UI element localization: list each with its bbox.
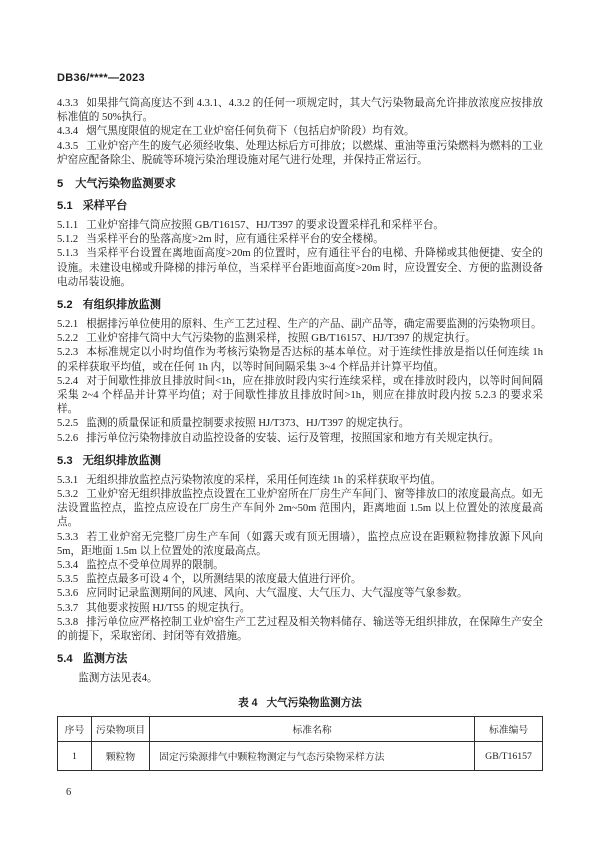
heading-number: 5: [57, 178, 63, 190]
clause-text: 当采样平台的坠落高度>2m 时，应有通往采样平台的安全楼梯。: [86, 234, 384, 245]
clause-5-1-3: 5.1.3当采样平台设置在离地面高度>20m 的位置时，应有通往平台的电梯、升降…: [57, 247, 543, 290]
clause-number: 5.2.6: [57, 433, 78, 444]
clause-number: 5.1.2: [57, 234, 78, 245]
clause-4-3-5: 4.3.5工业炉窑产生的废气必须经收集、处理达标后方可排放；以燃煤、重油等重污染…: [57, 140, 543, 168]
clause-text: 应同时记录监测期间的风速、风向、大气温度、大气压力、大气湿度等气象参数。: [86, 588, 467, 599]
heading-5-4: 5.4监测方法: [57, 652, 543, 666]
clause-text: 对于间歇性排放且排放时间<1h，应在排放时段内实行连续采样，或在排放时段内，以等…: [57, 376, 543, 415]
clause-4-3-4: 4.3.4烟气黑度限值的规定在工业炉窑任何负荷下（包括启炉阶段）均有效。: [57, 125, 543, 139]
clause-number: 4.3.4: [57, 126, 78, 137]
clause-5-2-5: 5.2.5监测的质量保证和质量控制要求按照 HJ/T373、HJ/T397 的规…: [57, 417, 543, 431]
heading-number: 5.3: [57, 455, 73, 467]
cell-serial: 1: [58, 742, 92, 771]
heading-5-1: 5.1采样平台: [57, 199, 543, 213]
clause-number: 5.3.1: [57, 475, 78, 486]
clause-4-3-3: 4.3.3如果排气筒高度达不到 4.3.1、4.3.2 的任何一项规定时，其大气…: [57, 97, 543, 125]
clause-5-1-2: 5.1.2当采样平台的坠落高度>2m 时，应有通往采样平台的安全楼梯。: [57, 233, 543, 247]
document-page: DB36/****—2023 4.3.3如果排气筒高度达不到 4.3.1、4.3…: [0, 0, 600, 848]
clause-5-3-1: 5.3.1无组织排放监控点污染物浓度的采样，采用任何连续 1h 的采样获取平均值…: [57, 474, 543, 488]
table-4-caption: 表 4大气污染物监测方法: [57, 695, 543, 710]
clause-number: 5.2.4: [57, 376, 78, 387]
clause-text: 烟气黑度限值的规定在工业炉窑任何负荷下（包括启炉阶段）均有效。: [86, 126, 414, 137]
clause-5-3-4: 5.3.4监控点不受单位周界的限制。: [57, 559, 543, 573]
clause-text: 当采样平台设置在离地面高度>20m 的位置时，应有通往平台的电梯、升降梯或其他便…: [57, 248, 543, 287]
clause-text: 其他要求按照 HJ/T55 的规定执行。: [86, 603, 250, 614]
clause-5-1-1: 5.1.1工业炉窑排气筒应按照 GB/T16157、HJ/T397 的要求设置采…: [57, 219, 543, 233]
clause-5-2-3: 5.2.3本标准规定以小时均值作为考核污染物是否达标的基本单位。对于连续性排放是…: [57, 346, 543, 374]
clause-text: 排污单位污染物排放自动监控设备的安装、运行及管理，按照国家和地方有关规定执行。: [86, 433, 499, 444]
clause-number: 5.1.3: [57, 248, 78, 259]
heading-text: 大气污染物监测要求: [75, 178, 176, 190]
cell-standard-code: GB/T16157: [475, 742, 543, 771]
heading-number: 5.4: [57, 653, 73, 665]
clause-text: 工业炉窑无组织排放监控点设置在工业炉窑所在厂房生产车间门、窗等排放口的浓度最高点…: [57, 489, 543, 528]
col-header-standard-code: 标准编号: [475, 717, 543, 742]
clause-text: 监测的质量保证和质量控制要求按照 HJ/T373、HJ/T397 的规定执行。: [86, 418, 409, 429]
clause-number: 5.3.6: [57, 588, 78, 599]
clause-text: 工业炉窑排气筒中大气污染物的监测采样，按照 GB/T16157、HJ/T397 …: [86, 333, 476, 344]
table-caption-number: 表 4: [238, 697, 257, 709]
clause-text: 如果排气筒高度达不到 4.3.1、4.3.2 的任何一项规定时，其大气污染物最高…: [57, 98, 543, 123]
clause-number: 5.2.3: [57, 347, 78, 358]
clause-number: 5.2.1: [57, 319, 78, 330]
clause-text: 工业炉窑排气筒应按照 GB/T16157、HJ/T397 的要求设置采样孔和采样…: [86, 220, 444, 231]
clause-text: 工业炉窑产生的废气必须经收集、处理达标后方可排放；以燃煤、重油等重污染燃料为燃料…: [57, 141, 543, 166]
clause-5-2-6: 5.2.6排污单位污染物排放自动监控设备的安装、运行及管理，按照国家和地方有关规…: [57, 432, 543, 446]
heading-text: 无组织排放监测: [83, 455, 161, 467]
clause-number: 5.2.5: [57, 418, 78, 429]
page-number: 6: [66, 787, 71, 798]
clause-number: 4.3.3: [57, 98, 78, 109]
clause-text: 本标准规定以小时均值作为考核污染物是否达标的基本单位。对于连续性排放是指以任何连…: [57, 347, 543, 372]
clause-number: 5.3.7: [57, 603, 78, 614]
table-row: 1 颗粒物 固定污染源排气中颗粒物测定与气态污染物采样方法 GB/T16157: [58, 742, 543, 771]
heading-text: 监测方法: [83, 653, 128, 665]
clause-text: 无组织排放监控点污染物浓度的采样，采用任何连续 1h 的采样获取平均值。: [86, 475, 441, 486]
col-header-pollutant: 污染物项目: [91, 717, 149, 742]
clause-number: 5.3.3: [57, 532, 78, 543]
col-header-serial: 序号: [58, 717, 92, 742]
clause-5-3-8: 5.3.8排污单位应严格控制工业炉窑生产工艺过程及相关物料储存、输送等无组织排放…: [57, 616, 543, 644]
clause-number: 5.3.8: [57, 617, 78, 628]
clause-5-2-1: 5.2.1根据排污单位使用的原料、生产工艺过程、生产的产品、副产品等，确定需要监…: [57, 318, 543, 332]
heading-number: 5.1: [57, 200, 73, 212]
clause-5-3-3: 5.3.3若工业炉窑无完整厂房生产车间（如露天或有顶无围墙），监控点应设在距颗粒…: [57, 531, 543, 559]
clause-number: 5.3.2: [57, 489, 78, 500]
table-4-monitoring-methods: 序号 污染物项目 标准名称 标准编号 1 颗粒物 固定污染源排气中颗粒物测定与气…: [57, 716, 543, 771]
clause-number: 4.3.5: [57, 141, 78, 152]
clause-5-3-2: 5.3.2工业炉窑无组织排放监控点设置在工业炉窑所在厂房生产车间门、窗等排放口的…: [57, 488, 543, 531]
clause-text: 排污单位应严格控制工业炉窑生产工艺过程及相关物料储存、输送等无组织排放，在保障生…: [57, 617, 543, 642]
table-header-row: 序号 污染物项目 标准名称 标准编号: [58, 717, 543, 742]
cell-standard-name: 固定污染源排气中颗粒物测定与气态污染物采样方法: [150, 742, 475, 771]
heading-5: 5大气污染物监测要求: [57, 177, 543, 191]
clause-5-3-5: 5.3.5监控点最多可设 4 个，以所测结果的浓度最大值进行评价。: [57, 573, 543, 587]
cell-pollutant: 颗粒物: [91, 742, 149, 771]
heading-text: 采样平台: [83, 200, 128, 212]
clause-5-2-4: 5.2.4对于间歇性排放且排放时间<1h，应在排放时段内实行连续采样，或在排放时…: [57, 375, 543, 418]
clause-number: 5.3.4: [57, 560, 78, 571]
clause-number: 5.1.1: [57, 220, 78, 231]
heading-number: 5.2: [57, 299, 73, 311]
heading-5-3: 5.3无组织排放监测: [57, 454, 543, 468]
clause-number: 5.3.5: [57, 574, 78, 585]
table-reference-note: 监测方法见表4。: [57, 672, 543, 686]
table-caption-title: 大气污染物监测方法: [267, 697, 362, 709]
clause-5-3-6: 5.3.6应同时记录监测期间的风速、风向、大气温度、大气压力、大气湿度等气象参数…: [57, 587, 543, 601]
clause-5-2-2: 5.2.2工业炉窑排气筒中大气污染物的监测采样，按照 GB/T16157、HJ/…: [57, 332, 543, 346]
heading-text: 有组织排放监测: [83, 299, 161, 311]
clause-text: 监控点最多可设 4 个，以所测结果的浓度最大值进行评价。: [86, 574, 361, 585]
clause-text: 若工业炉窑无完整厂房生产车间（如露天或有顶无围墙），监控点应设在距颗粒物排放源下…: [57, 532, 543, 557]
document-code: DB36/****—2023: [57, 72, 543, 84]
clause-5-3-7: 5.3.7其他要求按照 HJ/T55 的规定执行。: [57, 602, 543, 616]
col-header-standard-name: 标准名称: [150, 717, 475, 742]
clause-text: 根据排污单位使用的原料、生产工艺过程、生产的产品、副产品等，确定需要监测的污染物…: [86, 319, 542, 330]
heading-5-2: 5.2有组织排放监测: [57, 298, 543, 312]
clause-number: 5.2.2: [57, 333, 78, 344]
clause-text: 监控点不受单位周界的限制。: [86, 560, 224, 571]
